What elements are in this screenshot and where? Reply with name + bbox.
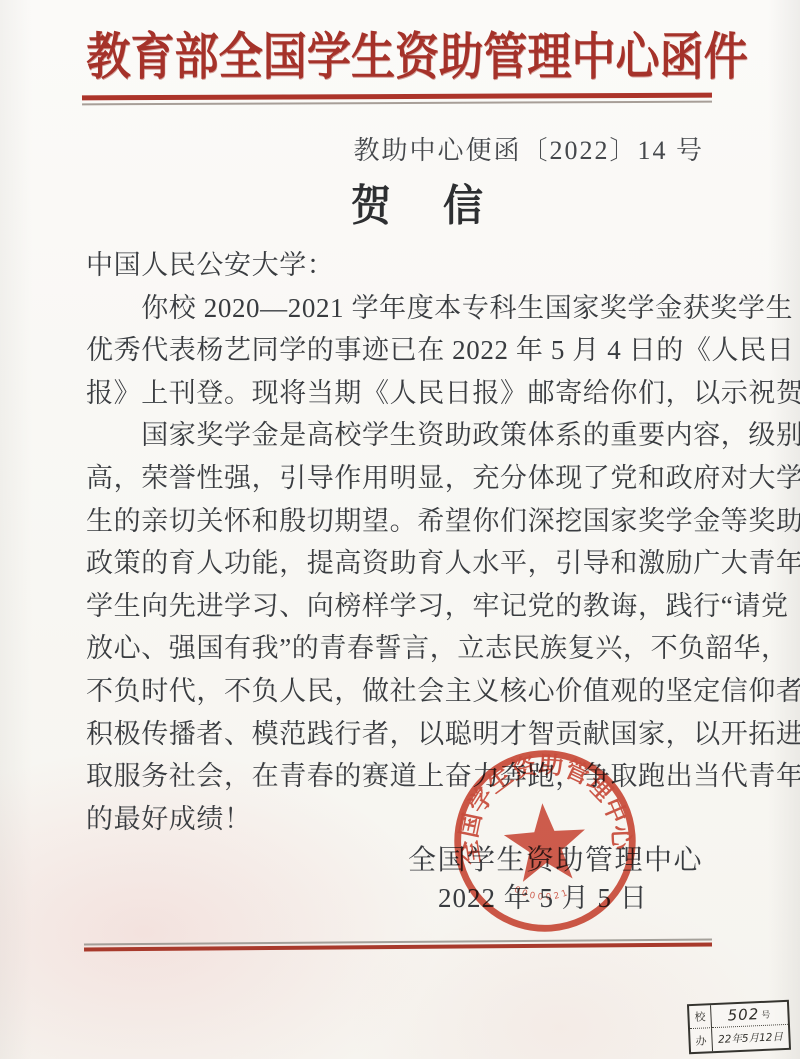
footer-divider [84, 939, 712, 952]
letterhead-divider [82, 93, 712, 106]
registration-number-unit: 号 [761, 1007, 772, 1020]
body-line: 不负时代，不负人民，做社会主义核心价值观的坚定信仰者、 [86, 669, 722, 712]
scanned-letter-page: 教育部全国学生资助管理中心函件 教助中心便函〔2022〕14 号 贺 信 中国人… [0, 0, 800, 1059]
letterhead-title: 教育部全国学生资助管理中心函件 [86, 16, 709, 89]
letterhead-divider-thick-line [82, 93, 712, 101]
body-line: 放心、强国有我”的青春誓言，立志民族复兴，不负韶华， [86, 626, 722, 669]
seal-star-icon [502, 800, 588, 883]
body-line: 优秀代表杨艺同学的事迹已在 2022 年 5 月 4 日的《人民日 [86, 328, 722, 371]
letterhead-divider-thin-line [82, 101, 712, 106]
body-line: 学生向先进学习、向榜样学习，牢记党的教诲，践行“请党 [86, 584, 722, 627]
svg-text:0000021: 0000021 [512, 881, 572, 905]
registration-stamp-label-bottom: 办 [690, 1028, 713, 1052]
body-line: 高，荣誉性强，引导作用明显，充分体现了党和政府对大学 [86, 456, 722, 499]
seal-serial-number: 0000021 [512, 881, 572, 905]
registration-date: 22年5月12日 [712, 1025, 789, 1051]
body-line: 你校 2020—2021 学年度本专科生国家奖学金获奖学生 [86, 286, 722, 329]
body-line: 生的亲切关怀和殷切期望。希望你们深挖国家奖学金等奖助 [86, 499, 722, 542]
body-line: 国家奖学金是高校学生资助政策体系的重要内容，级别 [86, 413, 722, 456]
addressee-line: 中国人民公安大学： [86, 243, 722, 286]
body-line: 政策的育人功能，提高资助育人水平，引导和激励广大青年 [86, 541, 722, 584]
registration-number: 502 号 [711, 1002, 788, 1028]
official-seal-stamp-icon: 全国学生资助管理中心 0000021 [441, 737, 648, 944]
registration-number-value: 502 [727, 1005, 759, 1024]
document-number: 教助中心便函〔2022〕14 号 [353, 130, 704, 167]
body-line: 报》上刊登。现将当期《人民日报》邮寄给你们，以示祝贺！ [86, 371, 722, 414]
registration-stamp-label-top: 校 [689, 1005, 712, 1029]
letter-title: 贺 信 [0, 172, 800, 234]
registration-stamp-box: 校 502 号 办 22年5月12日 [687, 1000, 791, 1054]
